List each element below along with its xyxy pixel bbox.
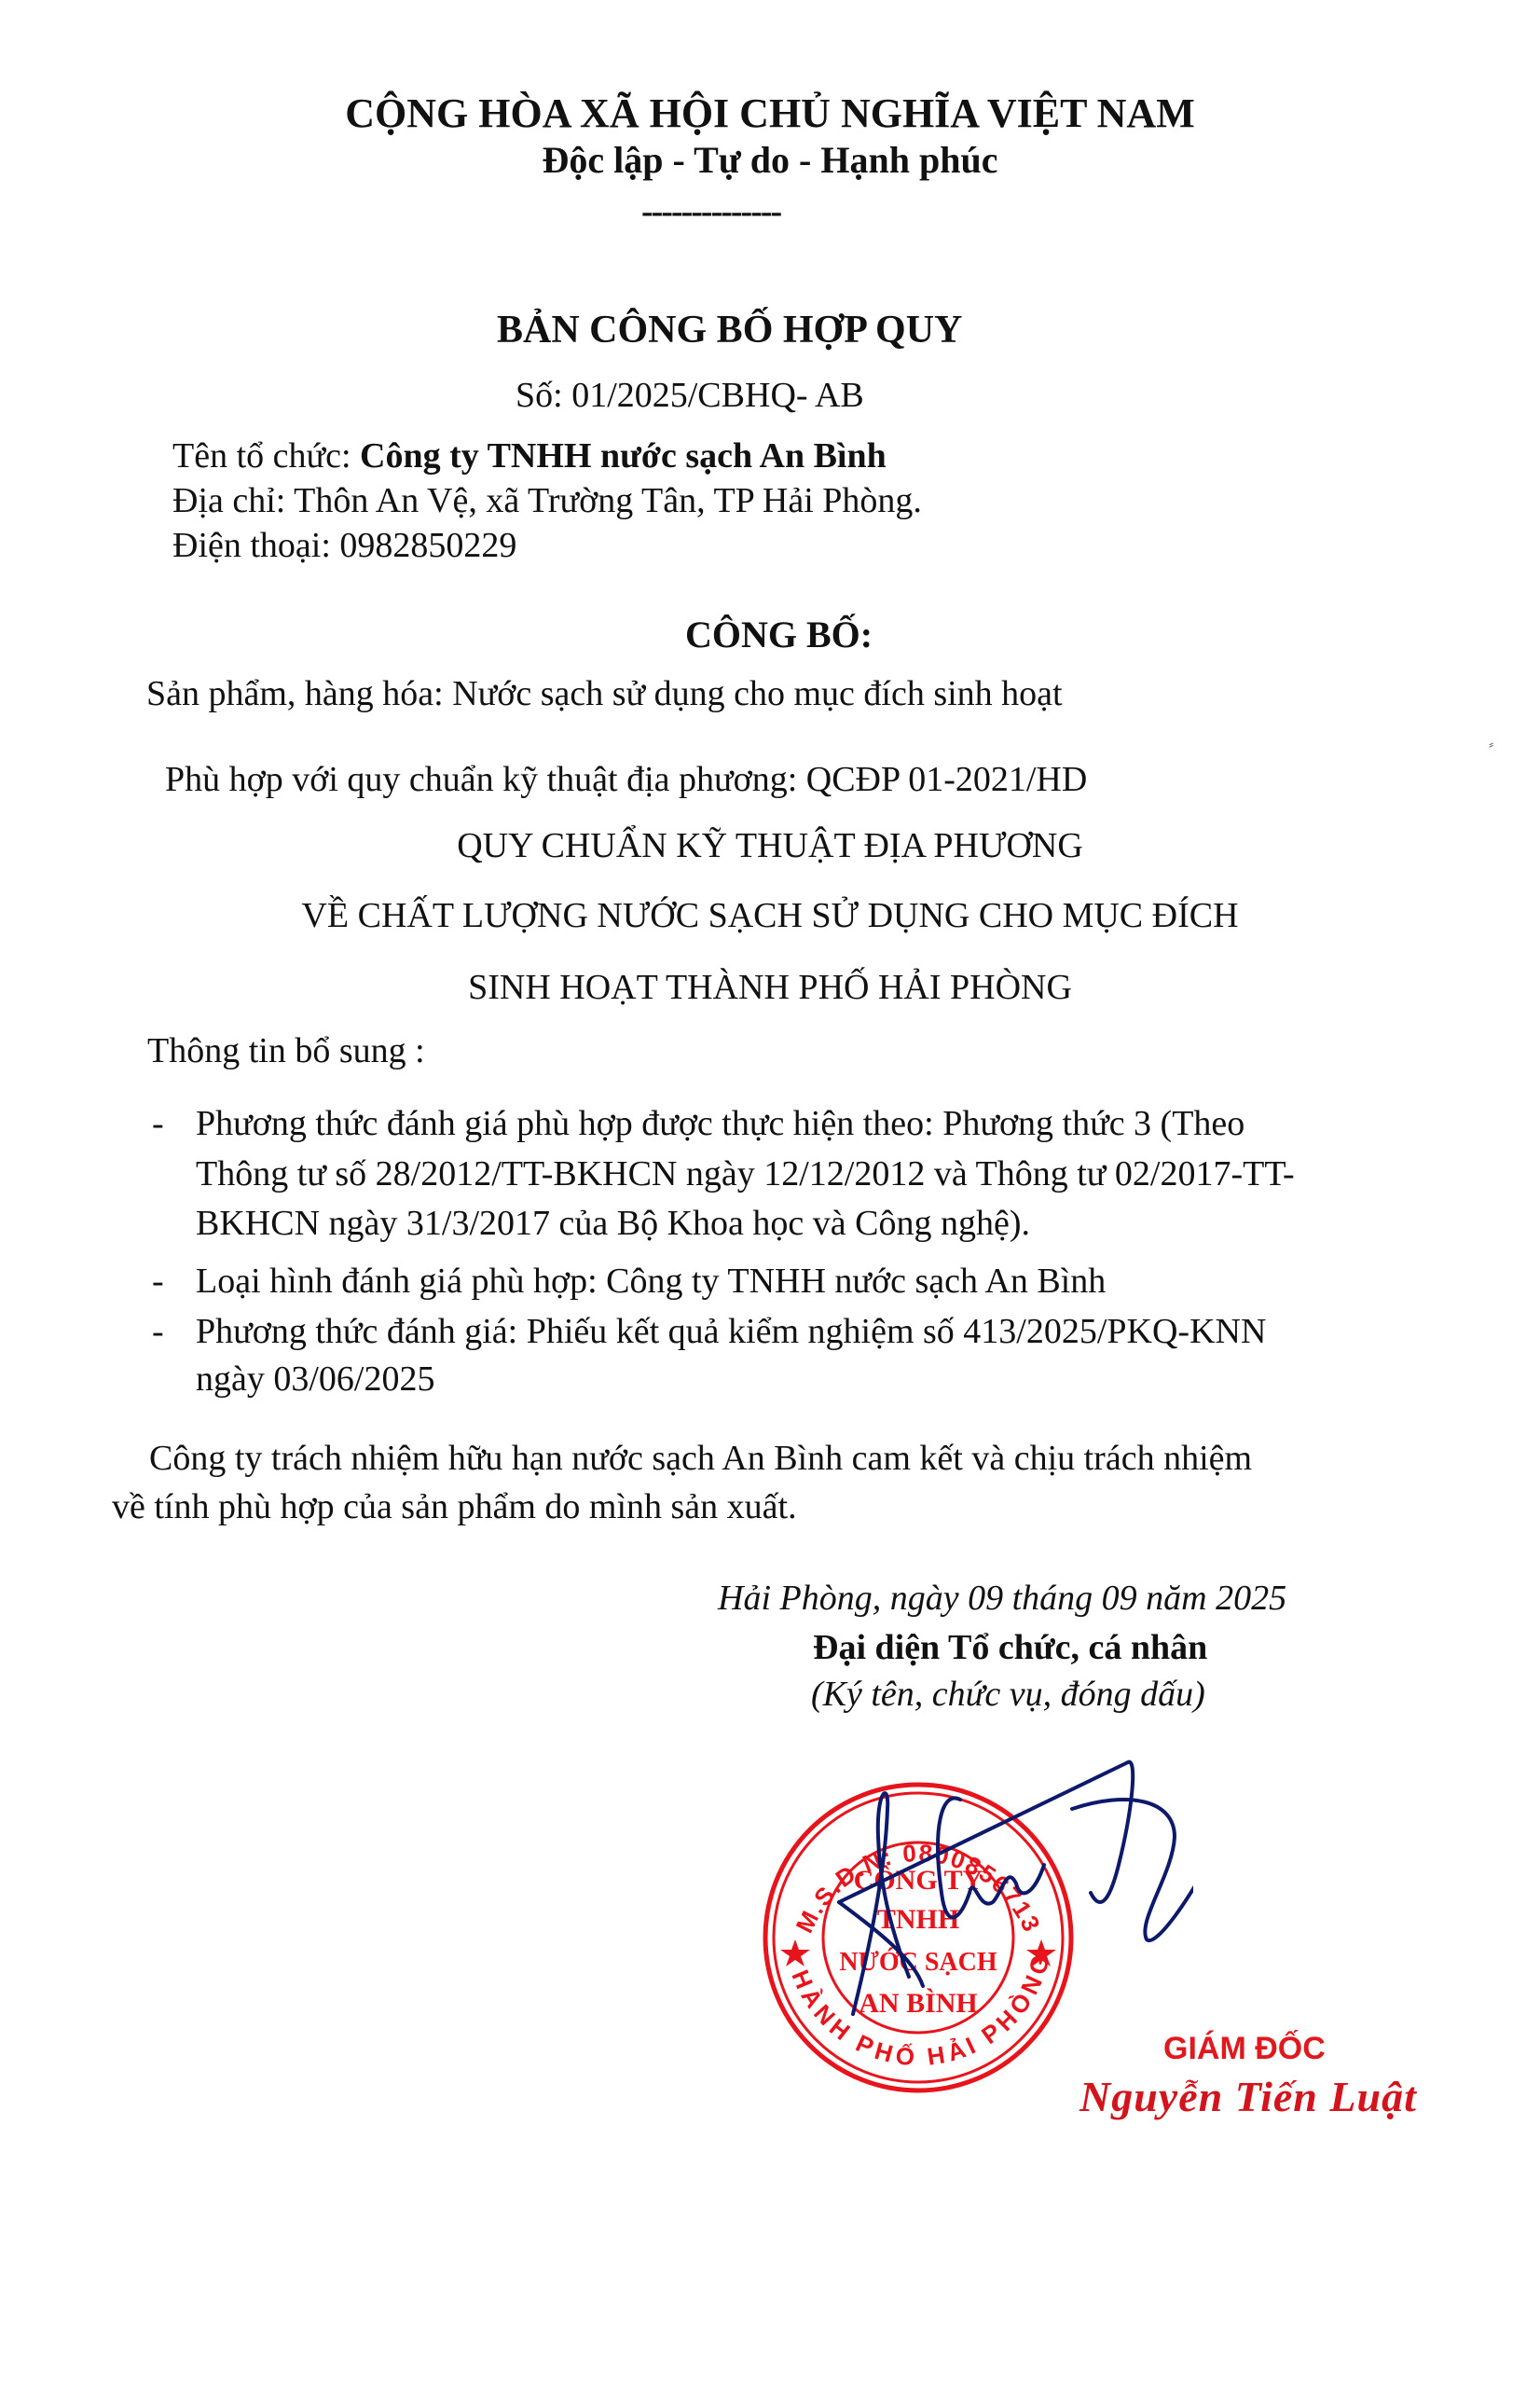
document-title: BẢN CÔNG BỐ HỢP QUY — [497, 310, 962, 350]
place-date: Hải Phòng, ngày 09 tháng 09 năm 2025 — [718, 1580, 1286, 1616]
declaration-heading: CÔNG BỐ: — [685, 616, 873, 654]
bullet-dash: - — [152, 1106, 164, 1141]
organization-phone: Điện thoại: 0982850229 — [172, 528, 516, 563]
declaration-product: Sản phẩm, hàng hóa: Nước sạch sử dụng ch… — [146, 676, 1063, 711]
list-item-line: Loại hình đánh giá phù hợp: Công ty TNHH… — [196, 1263, 1106, 1299]
list-item-line: BKHCN ngày 31/3/2017 của Bộ Khoa học và … — [196, 1206, 1030, 1241]
organization-address: Địa chỉ: Thôn An Vệ, xã Trường Tân, TP H… — [172, 483, 922, 518]
list-item-line: ngày 03/06/2025 — [196, 1361, 434, 1397]
list-item-line: Thông tư số 28/2012/TT-BKHCN ngày 12/12/… — [196, 1156, 1295, 1192]
position-title: GIÁM ĐỐC — [1163, 2031, 1326, 2067]
representative-label: Đại diện Tổ chức, cá nhân — [813, 1630, 1207, 1665]
document-number: Số: 01/2025/CBHQ- AB — [516, 378, 864, 413]
commitment-line-2: về tính phù hợp của sản phẩm do mình sản… — [112, 1489, 797, 1525]
signing-instruction: (Ký tên, chức vụ, đóng dấu) — [811, 1676, 1205, 1712]
star-icon — [780, 1939, 810, 1966]
declaration-conformity: Phù hợp với quy chuẩn kỹ thuật địa phươn… — [165, 762, 1087, 797]
regulation-title-line-2: VỀ CHẤT LƯỢNG NƯỚC SẠCH SỬ DỤNG CHO MỤC … — [0, 898, 1540, 933]
national-motto: Độc lập - Tự do - Hạnh phúc — [0, 142, 1540, 179]
bullet-dash: - — [152, 1263, 164, 1299]
organization-name-label: Tên tổ chức: — [172, 436, 360, 476]
additional-info-heading: Thông tin bổ sung : — [147, 1033, 425, 1069]
country-heading: CỘNG HÒA XÃ HỘI CHỦ NGHĨA VIỆT NAM — [0, 93, 1540, 134]
regulation-title-line-1: QUY CHUẨN KỸ THUẬT ĐỊA PHƯƠNG — [0, 828, 1540, 863]
regulation-title-line-3: SINH HOẠT THÀNH PHỐ HẢI PHÒNG — [0, 970, 1540, 1005]
organization-name-line: Tên tổ chức: Công ty TNHH nước sạch An B… — [172, 438, 887, 474]
scan-mark: ⸗ — [1489, 737, 1493, 753]
commitment-line-1: Công ty trách nhiệm hữu hạn nước sạch An… — [149, 1441, 1252, 1476]
organization-name: Công ty TNHH nước sạch An Bình — [360, 436, 887, 476]
handwritten-signature — [820, 1753, 1193, 2033]
header-separator: -------------- — [641, 194, 780, 229]
signer-name: Nguyễn Tiến Luật — [1079, 2072, 1417, 2121]
list-item-line: Phương thức đánh giá: Phiếu kết quả kiểm… — [196, 1314, 1266, 1349]
bullet-dash: - — [152, 1314, 164, 1349]
list-item-line: Phương thức đánh giá phù hợp được thực h… — [196, 1106, 1244, 1141]
